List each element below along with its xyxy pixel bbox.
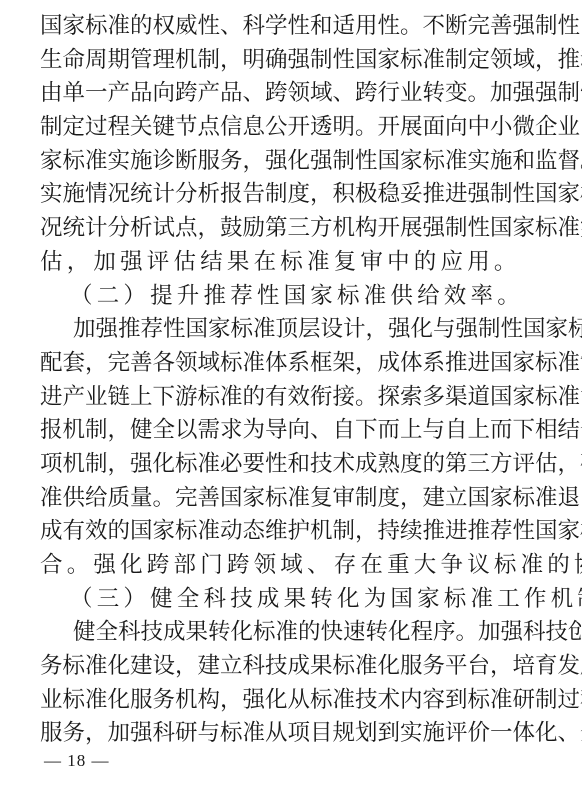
text-line-first: 加强推荐性国家标准顶层设计，强化与强制性国家标准的协调 <box>40 313 552 347</box>
text-line: 服务，加强科研与标准从项目规划到实施评价一体化、全过程对接， <box>40 717 552 751</box>
text-line-last: 合。强化跨部门跨领域、存在重大争议标准的协调推进。 <box>40 549 552 583</box>
text-line: 业标准化服务机构，强化从标准技术内容到标准研制过程的导航式 <box>40 684 552 718</box>
text-line: 生命周期管理机制，明确强制性国家标准制定领域，推动规范对象 <box>40 44 552 78</box>
section-heading-2: （二）提升推荐性国家标准供给效率。 <box>40 280 552 314</box>
paragraph-tech-transfer: 健全科技成果转化标准的快速转化程序。加强科技创新创业服 务标准化建设，建立科技成… <box>40 616 552 751</box>
page-number: — 18 — <box>44 751 110 771</box>
text-line: 准供给质量。完善国家标准复审制度，建立国家标准退出机制，形 <box>40 482 552 516</box>
paragraph-recommended-standards: 加强推荐性国家标准顶层设计，强化与强制性国家标准的协调 配套，完善各领域标准体系… <box>40 313 552 583</box>
text-line-last: 估，加强评估结果在标准复审中的应用。 <box>40 246 552 280</box>
text-line: 国家标准的权威性、科学性和适用性。不断完善强制性国家标准全 <box>40 10 552 44</box>
text-line: 况统计分析试点，鼓励第三方机构开展强制性国家标准实施效果评 <box>40 212 552 246</box>
text-line: 制定过程关键节点信息公开透明。开展面向中小微企业的强制性国 <box>40 111 552 145</box>
text-line: 务标准化建设，建立科技成果标准化服务平台，培育发展市场化专 <box>40 650 552 684</box>
paragraph-mandatory-standards: 国家标准的权威性、科学性和适用性。不断完善强制性国家标准全 生命周期管理机制，明… <box>40 10 552 280</box>
text-line: 由单一产品向跨产品、跨领域、跨行业转变。加强强制性国家标准 <box>40 77 552 111</box>
text-line: 进产业链上下游标准的有效衔接。探索多渠道国家标准计划项目申 <box>40 381 552 415</box>
text-line-first: 健全科技成果转化标准的快速转化程序。加强科技创新创业服 <box>40 616 552 650</box>
text-line: 报机制，健全以需求为导向、自下而上与自上而下相结合的标准立 <box>40 414 552 448</box>
text-line: 项机制，强化标准必要性和技术成熟度的第三方评估，确保国家标 <box>40 448 552 482</box>
document-page: 国家标准的权威性、科学性和适用性。不断完善强制性国家标准全 生命周期管理机制，明… <box>40 10 552 751</box>
section-heading-3: （三）健全科技成果转化为国家标准工作机制。 <box>40 583 552 617</box>
text-line: 配套，完善各领域标准体系框架，成体系推进国家标准制修订，促 <box>40 347 552 381</box>
text-line: 家标准实施诊断服务，强化强制性国家标准实施和监督。健全标准 <box>40 145 552 179</box>
text-line: 实施情况统计分析报告制度，积极稳妥推进强制性国家标准实施情 <box>40 178 552 212</box>
text-line: 成有效的国家标准动态维护机制，持续推进推荐性国家标准优化整 <box>40 515 552 549</box>
